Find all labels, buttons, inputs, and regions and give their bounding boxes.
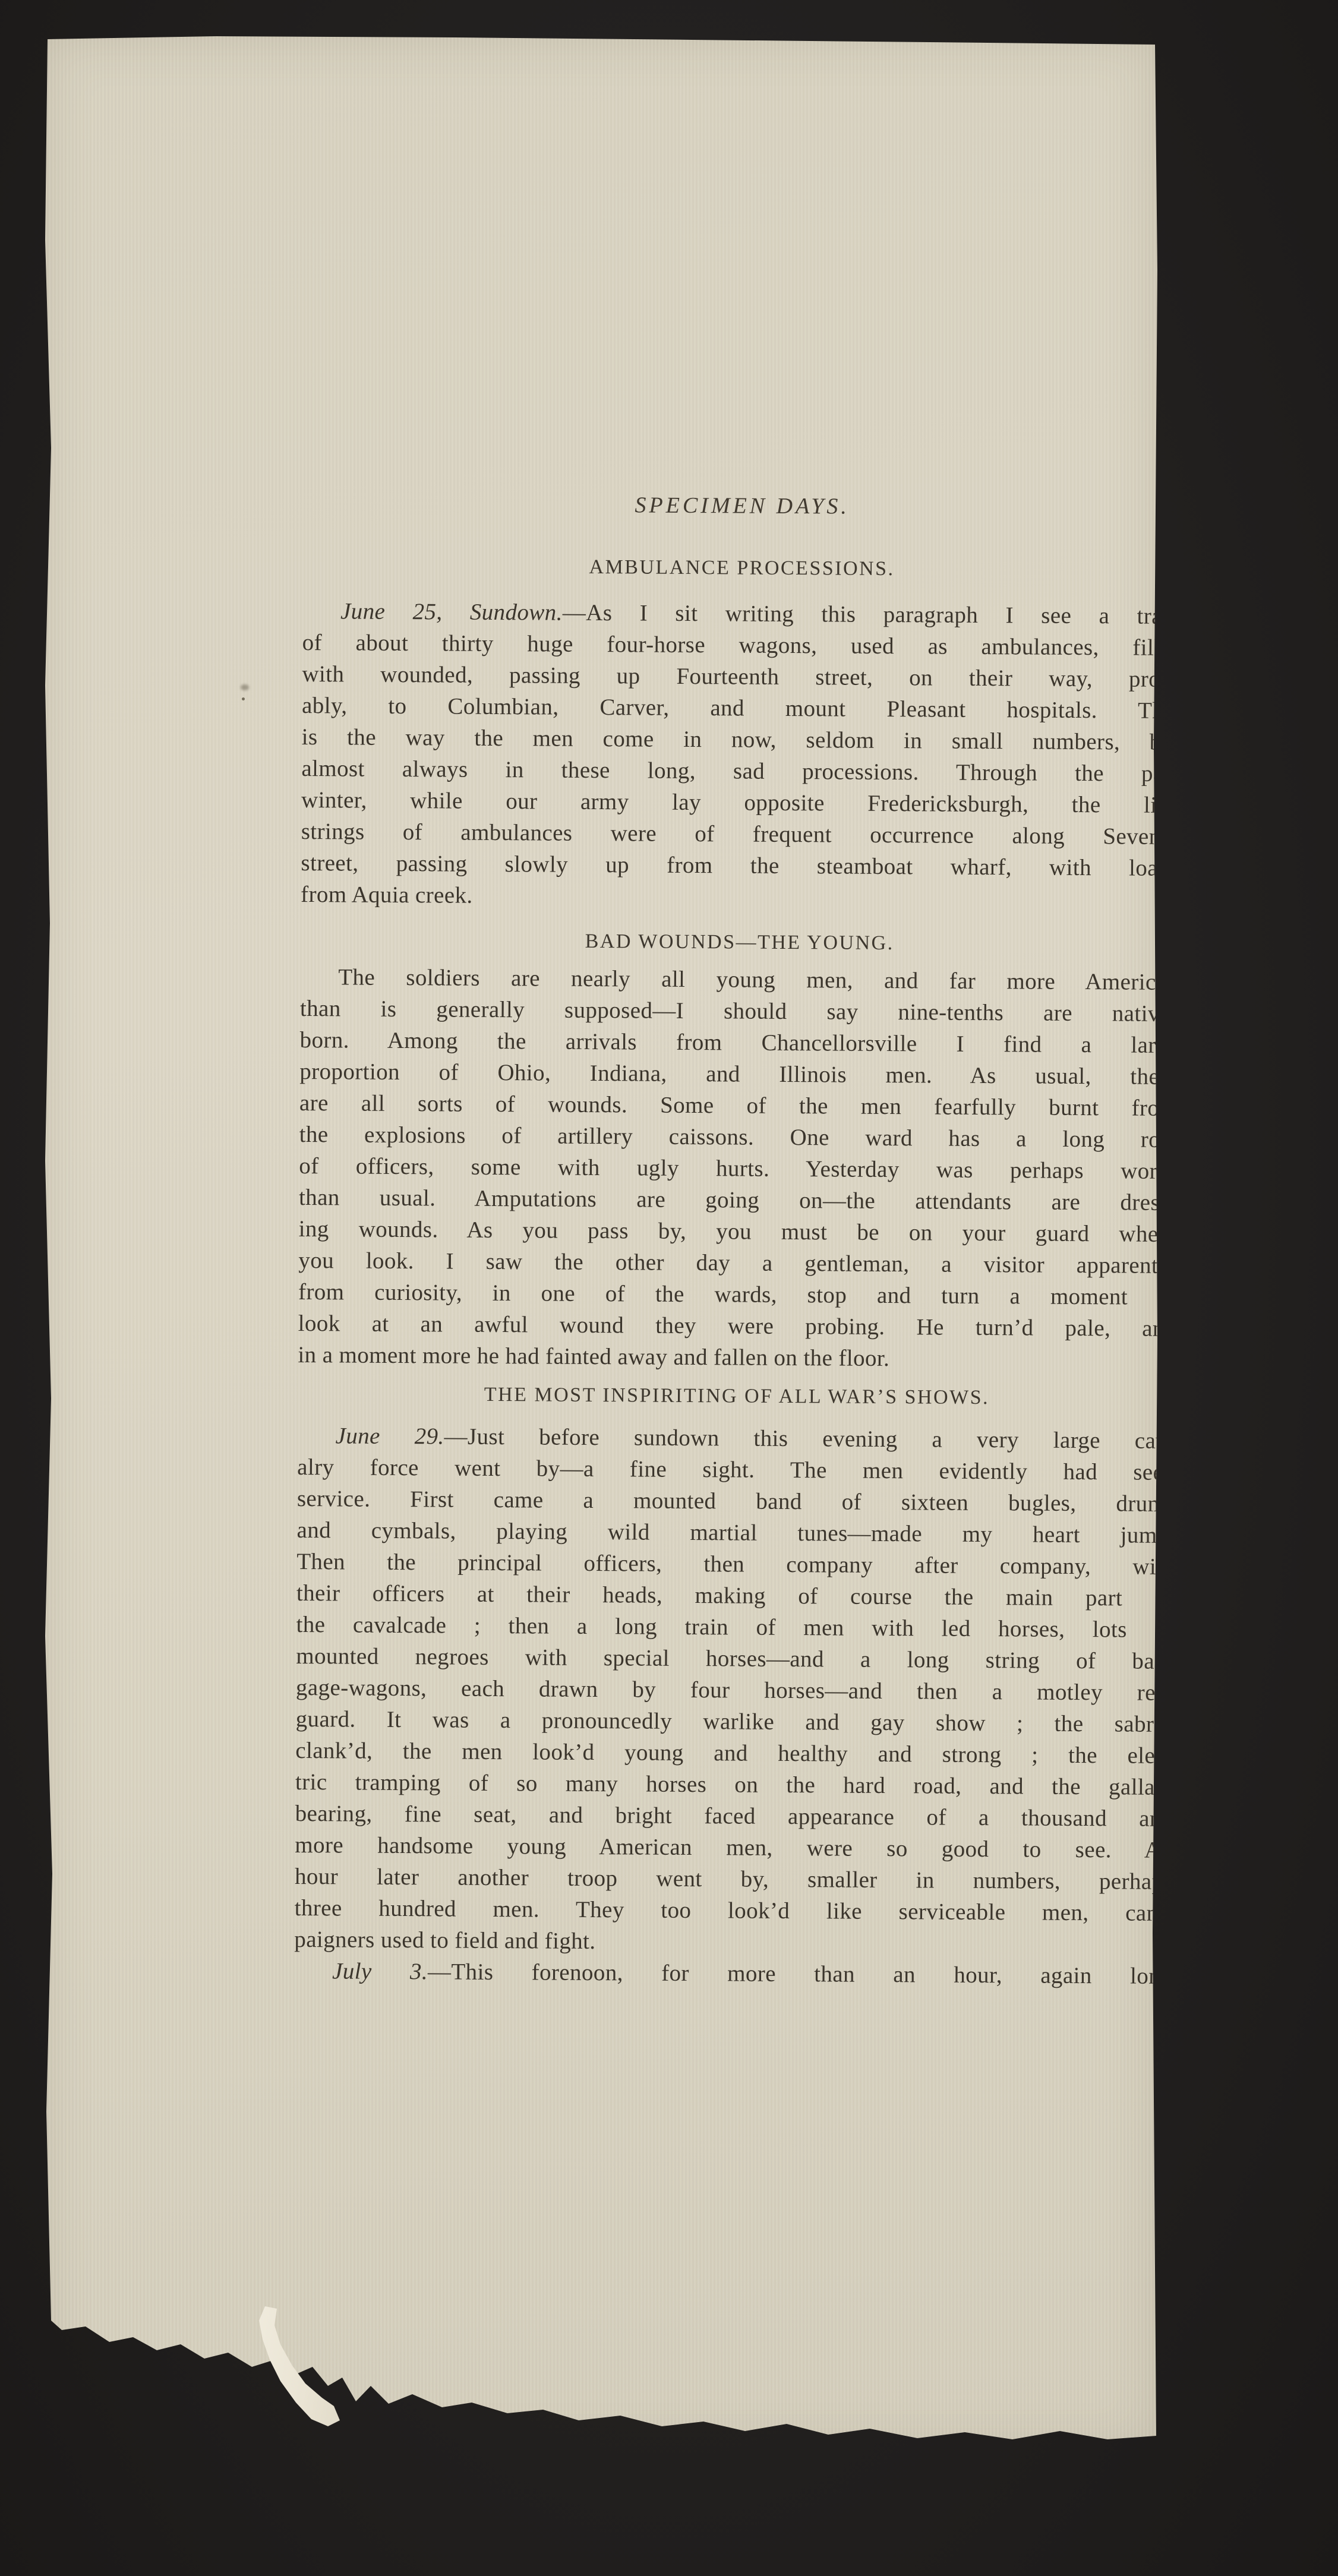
text-line-rest: —Just before sundown this evening a very… — [444, 1423, 1175, 1454]
text-line: street, passing slowly up from the steam… — [301, 847, 1179, 884]
text-line: alry force went by—a fine sight. The men… — [297, 1451, 1175, 1488]
text-line: ably, to Columbian, Carver, and mount Pl… — [302, 690, 1180, 727]
entry-date: June 25, Sundown. — [340, 598, 563, 625]
paragraph: June 29.—Just before sundown this evenin… — [294, 1420, 1175, 1961]
text-line: of about thirty huge four-horse wagons, … — [302, 627, 1181, 664]
text-line-rest: —As I sit writing this paragraph I see a… — [563, 600, 1181, 629]
text-line: born. Among the arrivals from Chancellor… — [299, 1024, 1178, 1061]
text-line: look at an awful wound they were probing… — [298, 1308, 1176, 1344]
running-title: SPECIMEN DAYS. — [303, 490, 1181, 522]
text-line: from curiosity, in one of the wards, sto… — [298, 1276, 1176, 1313]
text-line-rest: —This forenoon, for more than an hour, a… — [428, 1959, 1172, 1989]
text-line: are all sorts of wounds. Some of the men… — [299, 1087, 1178, 1124]
section-heading-most-inspiriting: THE MOST INSPIRITING OF ALL WAR’S SHOWS. — [298, 1382, 1176, 1411]
text-line: more handsome young American men, were s… — [295, 1829, 1173, 1866]
text-line: is the way the men come in now, seldom i… — [302, 721, 1180, 758]
text-line: three hundred men. They too look’d like … — [295, 1892, 1173, 1929]
text-line: their officers at their heads, making of… — [296, 1577, 1175, 1614]
text-line: the cavalcade ; then a long train of men… — [296, 1609, 1174, 1646]
text-line: in a moment more he had fainted away and… — [298, 1339, 1176, 1376]
text-line: than usual. Amputations are going on—the… — [299, 1182, 1177, 1218]
page-content: SPECIMEN DAYS. 39 AMBULANCE PROCESSIONS.… — [291, 32, 1184, 2461]
text-line: June 25, Sundown.—As I sit writing this … — [302, 595, 1181, 632]
paragraph: July 3.—This forenoon, for more than an … — [294, 1955, 1172, 1992]
running-head: SPECIMEN DAYS. 39 — [303, 490, 1182, 560]
section-heading-bad-wounds: BAD WOUNDS—THE YOUNG. — [301, 928, 1179, 957]
text-line: strings of ambulances were of frequent o… — [301, 816, 1179, 853]
text-line: ing wounds. As you pass by, you must be … — [299, 1213, 1177, 1250]
text-line: hour later another troop went by, smalle… — [295, 1861, 1173, 1898]
page-number: 39 — [1156, 515, 1178, 539]
entry-date: June 29. — [335, 1423, 444, 1449]
text-line: gage-wagons, each drawn by four horses—a… — [296, 1672, 1174, 1709]
text-line: with wounded, passing up Fourteenth stre… — [302, 658, 1180, 695]
text-line: The soldiers are nearly all young men, a… — [300, 961, 1178, 998]
paragraph: The soldiers are nearly all young men, a… — [298, 961, 1178, 1376]
text-line: almost always in these long, sad process… — [301, 753, 1179, 790]
text-line: bearing, fine seat, and bright faced app… — [295, 1798, 1173, 1835]
text-line: and cymbals, playing wild martial tunes—… — [296, 1514, 1175, 1551]
text-line: clank’d, the men look’d young and health… — [295, 1735, 1173, 1772]
text-line: service. First came a mounted band of si… — [297, 1483, 1175, 1520]
text-line: of officers, some with ugly hurts. Yeste… — [299, 1150, 1177, 1187]
entry-date: July 3. — [332, 1958, 428, 1984]
text-line: tric tramping of so many horses on the h… — [295, 1766, 1173, 1803]
book-page: SPECIMEN DAYS. 39 AMBULANCE PROCESSIONS.… — [38, 32, 1162, 2456]
text-line: you look. I saw the other day a gentlema… — [298, 1245, 1176, 1281]
paper-speck — [241, 684, 249, 690]
text-line: mounted negroes with special horses—and … — [296, 1640, 1174, 1677]
text-line: the explosions of artillery caissons. On… — [299, 1119, 1178, 1156]
paragraph: June 25, Sundown.—As I sit writing this … — [301, 595, 1181, 916]
paper-speck — [242, 697, 245, 700]
text-line: Then the principal officers, then compan… — [296, 1546, 1175, 1583]
text-line: proportion of Ohio, Indiana, and Illinoi… — [299, 1056, 1178, 1093]
section-heading-ambulance-processions: AMBULANCE PROCESSIONS. — [302, 554, 1181, 583]
text-line: from Aquia creek. — [301, 879, 1179, 916]
text-line: July 3.—This forenoon, for more than an … — [294, 1955, 1172, 1992]
text-line: June 29.—Just before sundown this evenin… — [297, 1420, 1175, 1457]
text-line: paigners used to field and fight. — [294, 1924, 1172, 1961]
text-line: than is generally supposed—I should say … — [300, 993, 1178, 1030]
text-line: guard. It was a pronouncedly warlike and… — [295, 1703, 1173, 1740]
text-line: winter, while our army lay opposite Fred… — [301, 784, 1179, 821]
scan-background: SPECIMEN DAYS. 39 AMBULANCE PROCESSIONS.… — [0, 0, 1338, 2576]
